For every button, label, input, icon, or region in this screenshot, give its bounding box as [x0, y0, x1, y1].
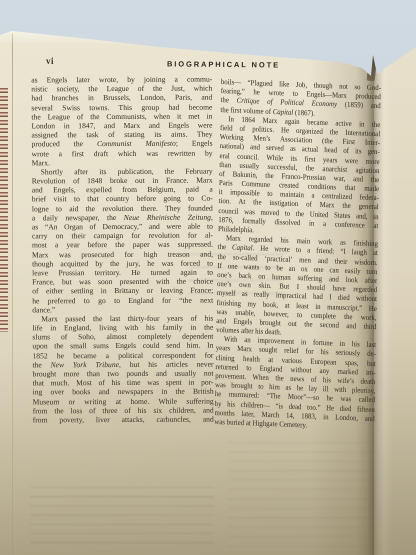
open-book: vi BIOGRAPHICAL NOTE as Engels later wro…: [0, 0, 416, 555]
running-head: BIOGRAPHICAL NOTE: [167, 59, 280, 69]
page-number: vi: [46, 56, 54, 66]
page-stack-edge: [12, 33, 13, 555]
text-line: from poverty, liver attacks, carbuncles,…: [33, 415, 214, 425]
book-photo: vi BIOGRAPHICAL NOTE as Engels later wro…: [0, 0, 416, 555]
fore-edge-speckles: [0, 88, 8, 332]
text-line: wrote a first draft which was rewritten …: [32, 148, 213, 158]
text-column-right: boils— “Plagued like Job, though not so …: [214, 77, 381, 432]
text-column-left: as Engels later wrote, by joining a comm…: [31, 75, 214, 425]
text-line: he preferred to go to England for “the n…: [32, 295, 213, 305]
